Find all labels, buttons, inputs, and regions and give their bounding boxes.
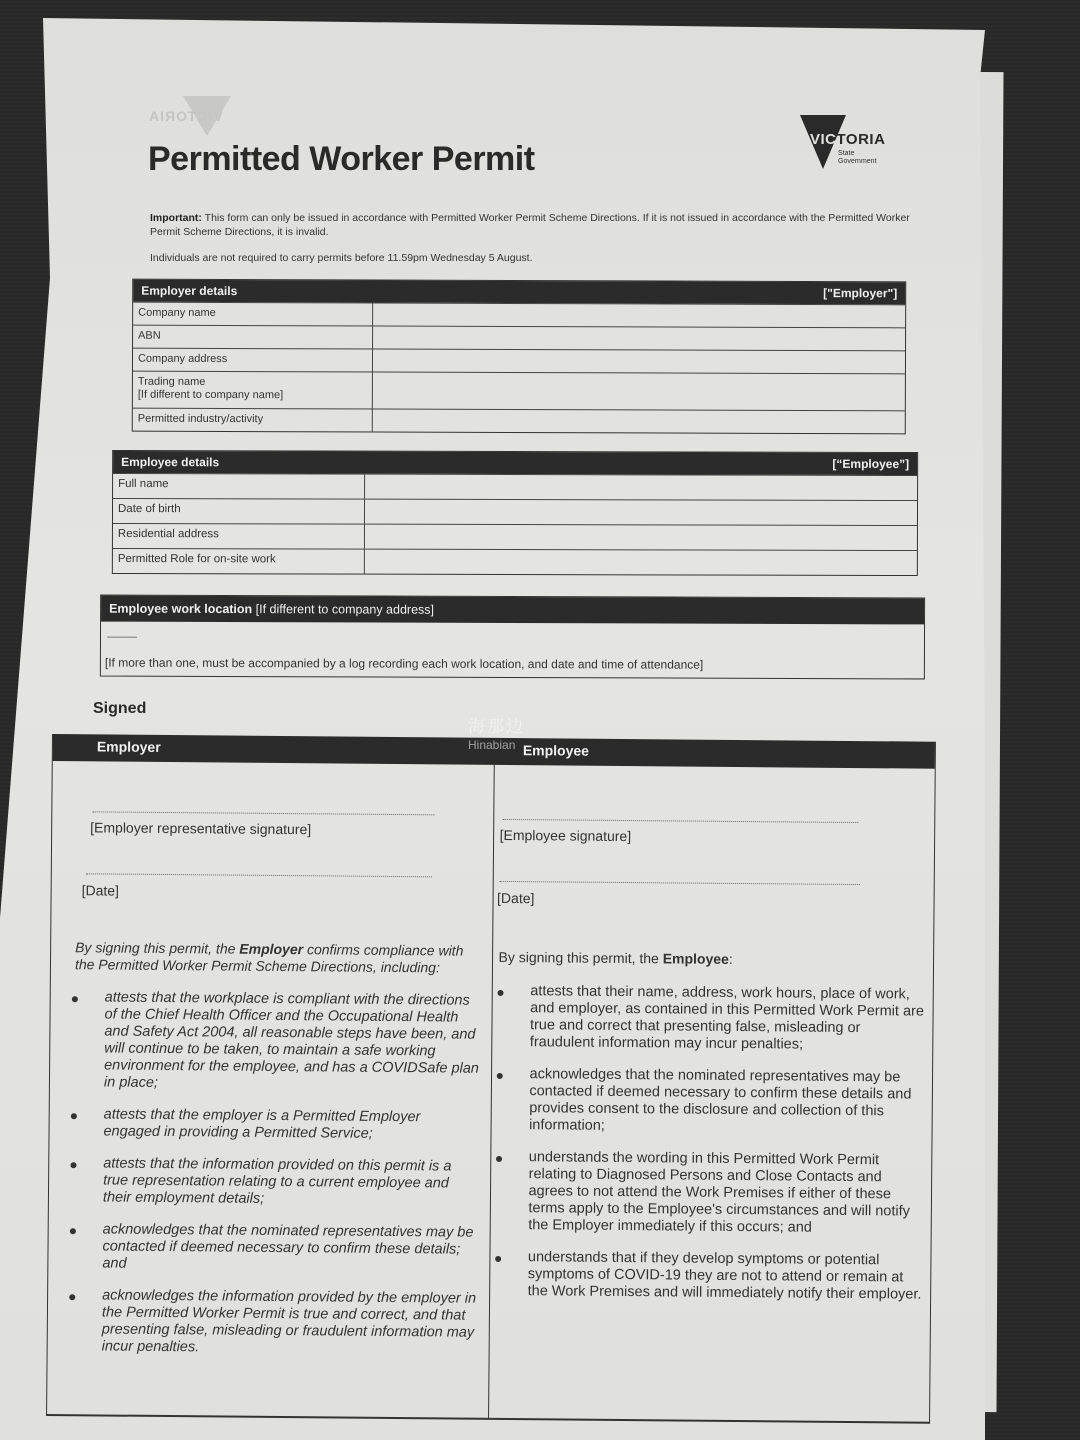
employer-declaration-list: ●attests that the workplace is compliant… [67, 989, 480, 1374]
list-item: ●acknowledges that the nominated represe… [495, 1066, 926, 1138]
list-item: ●attests that the workplace is compliant… [70, 989, 481, 1095]
employer-details-header: Employer details ["Employer"] [133, 280, 905, 305]
employee-date-label: [Date] [497, 890, 534, 906]
employer-date-label: [Date] [82, 882, 119, 898]
abn-field[interactable] [373, 326, 905, 350]
bullet-icon: ● [70, 1107, 79, 1124]
list-item: ●acknowledges that the nominated represe… [68, 1221, 478, 1276]
victoria-state-government-logo: VICTORIA StateGovernment [800, 115, 900, 175]
ghost-logo-text: VICTORIA [148, 108, 223, 124]
employee-details-header: Employee details [“Employee”] [113, 451, 917, 475]
employee-date-line[interactable] [499, 881, 859, 885]
employer-date-line[interactable] [86, 873, 432, 877]
date-of-birth-field[interactable] [365, 500, 917, 525]
list-item: ●understands that if they develop sympto… [494, 1249, 924, 1304]
permitted-role-row: Permitted Role for on-site work [113, 548, 917, 575]
work-location-table: Employee work location [If different to … [100, 595, 925, 680]
employee-column-header: Employee [509, 738, 935, 769]
bullet-icon: ● [69, 1156, 78, 1173]
bullet-icon: ● [495, 1150, 504, 1167]
bullet-icon: ● [71, 990, 80, 1007]
page-title: Permitted Worker Permit [148, 140, 535, 179]
pen-mark [107, 637, 137, 638]
list-item: ●attests that their name, address, work … [496, 983, 927, 1055]
list-item: ●acknowledges the information provided b… [68, 1287, 479, 1359]
residential-address-row: Residential address [113, 523, 917, 550]
bullet-icon: ● [69, 1222, 78, 1239]
work-location-field[interactable]: [If more than one, must be accompanied b… [101, 622, 924, 679]
employee-signature-line[interactable] [502, 819, 858, 823]
employer-details-table: Employer details ["Employer"] Company na… [132, 279, 907, 435]
company-name-field[interactable] [373, 303, 905, 327]
trading-name-row: Trading name[If different to company nam… [133, 371, 905, 411]
list-item: ●attests that the employer is a Permitte… [69, 1106, 479, 1144]
employee-declaration-intro: By signing this permit, the Employee: [498, 949, 918, 970]
carry-permit-notice: Individuals are not required to carry pe… [150, 252, 533, 264]
employee-signature-column: [Employee signature] [Date] By signing t… [488, 765, 935, 1422]
signed-heading: Signed [93, 700, 146, 718]
signature-table: Employer Employee [Employer representati… [46, 734, 936, 1424]
list-item: ●understands the wording in this Permitt… [494, 1149, 925, 1238]
employer-signature-line[interactable] [92, 811, 434, 815]
employer-signature-label: [Employer representative signature] [90, 819, 311, 837]
bullet-icon: ● [496, 984, 505, 1001]
permitted-industry-row: Permitted industry/activity [133, 408, 905, 434]
important-notice: Important: This form can only be issued … [150, 211, 910, 239]
trading-name-field[interactable] [373, 372, 905, 410]
hinabian-watermark: 海那边 Hinabian [468, 718, 525, 754]
full-name-field[interactable] [365, 475, 917, 500]
employer-signature-column: [Employer representative signature] [Dat… [47, 761, 493, 1418]
list-item: ●attests that the information provided o… [69, 1155, 479, 1210]
work-location-note: [If more than one, must be accompanied b… [105, 656, 703, 672]
company-name-row: Company name [133, 302, 905, 328]
company-address-row: Company address [133, 348, 905, 374]
employer-declaration-intro: By signing this permit, the Employer con… [75, 939, 475, 976]
full-name-row: Full name [113, 473, 917, 500]
bullet-icon: ● [68, 1288, 77, 1305]
date-of-birth-row: Date of birth [113, 498, 917, 525]
employer-column-header: Employer [53, 734, 509, 765]
permitted-role-field[interactable] [365, 550, 917, 575]
permit-page: VICTORIA Permitted Worker Permit VICTORI… [0, 18, 985, 1440]
employee-signature-label: [Employee signature] [500, 827, 632, 844]
work-location-header: Employee work location [If different to … [101, 596, 924, 625]
permitted-industry-field[interactable] [373, 409, 905, 433]
bullet-icon: ● [494, 1250, 503, 1267]
residential-address-field[interactable] [365, 525, 917, 550]
employee-declaration-list: ●attests that their name, address, work … [493, 983, 926, 1319]
employee-details-table: Employee details [“Employee”] Full name … [112, 450, 918, 576]
bullet-icon: ● [495, 1067, 504, 1084]
abn-row: ABN [133, 325, 905, 351]
company-address-field[interactable] [373, 349, 905, 373]
